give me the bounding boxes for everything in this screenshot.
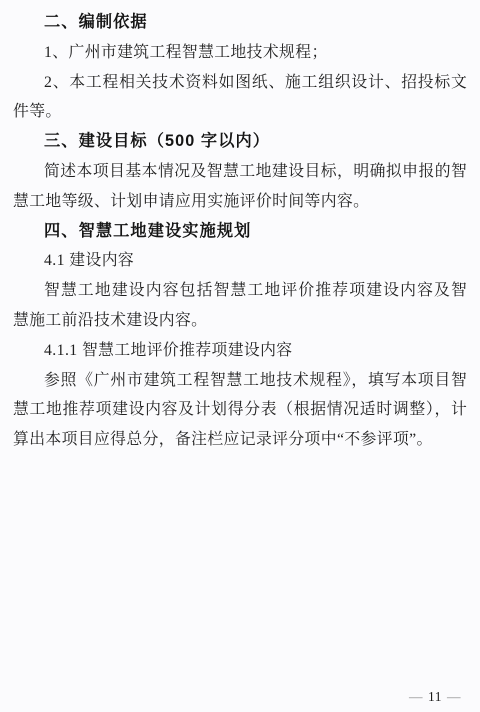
subheading-4-1-construction-content: 4.1 建设内容 [13,246,467,276]
para-reference-line-1: 参照《广州市建筑工程智慧工地技术规程》，填写本项目智 [13,366,467,396]
page-number-dash-right: — [447,689,461,704]
list-item-1: 1、广州市建筑工程智慧工地技术规程； [13,38,467,68]
page-number-value: 11 [428,689,442,704]
para-content-line-2: 慧施工前沿技术建设内容。 [13,306,467,336]
para-reference-line-2: 慧工地推荐项建设内容及计划得分表（根据情况适时调整），计 [13,395,467,425]
page-number-dash-left: — [409,689,423,704]
list-item-2-line-1: 2、本工程相关技术资料如图纸、施工组织设计、招投标文 [13,68,467,98]
heading-implementation-plan: 四、智慧工地建设实施规划 [13,217,467,247]
para-content-line-1: 智慧工地建设内容包括智慧工地评价推荐项建设内容及智 [13,276,467,306]
para-reference-line-3: 算出本项目应得总分，备注栏应记录评分项中“不参评项”。 [13,425,467,455]
document-page: 二、编制依据 1、广州市建筑工程智慧工地技术规程； 2、本工程相关技术资料如图纸… [0,0,480,712]
document-body: 二、编制依据 1、广州市建筑工程智慧工地技术规程； 2、本工程相关技术资料如图纸… [13,8,467,455]
heading-compilation-basis: 二、编制依据 [13,8,467,38]
para-goals-line-1: 简述本项目基本情况及智慧工地建设目标，明确拟申报的智 [13,157,467,187]
heading-construction-goals: 三、建设目标（500 字以内） [13,127,467,157]
list-item-2-line-2: 件等。 [13,97,467,127]
subheading-4-1-1-recommended-items: 4.1.1 智慧工地评价推荐项建设内容 [13,336,467,366]
para-goals-line-2: 慧工地等级、计划申请应用实施评价时间等内容。 [13,187,467,217]
page-number: —11— [409,688,461,706]
